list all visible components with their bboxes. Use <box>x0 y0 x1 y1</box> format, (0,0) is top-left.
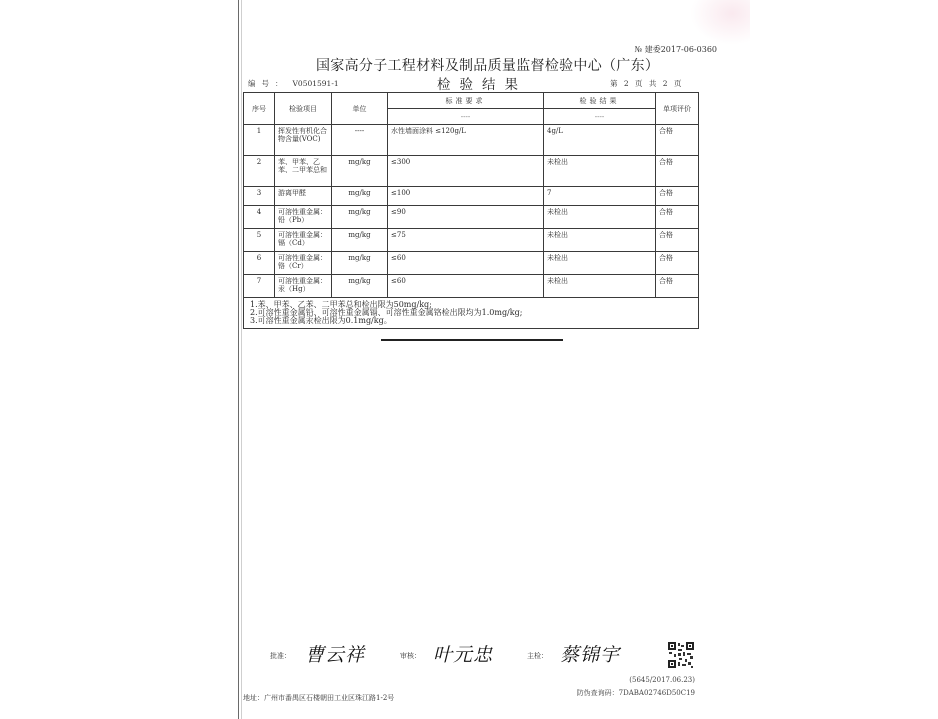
cell-item: 游离甲醛 <box>275 187 332 206</box>
cell-unit: mg/kg <box>332 206 388 229</box>
cell-unit: mg/kg <box>332 229 388 252</box>
cell-index: 6 <box>244 252 275 275</box>
approver-label: 批准： <box>270 651 291 661</box>
cell-standard: ≤100 <box>388 187 544 206</box>
cell-item: 可溶性重金属：汞（Hg） <box>275 275 332 298</box>
cell-index: 4 <box>244 206 275 229</box>
table-row: 6可溶性重金属：铬（Cr）mg/kg≤60未检出合格 <box>244 252 699 275</box>
cell-unit: mg/kg <box>332 187 388 206</box>
table-row: 5可溶性重金属：镉（Cd）mg/kg≤75未检出合格 <box>244 229 699 252</box>
cell-result: 未检出 <box>544 252 656 275</box>
cell-unit: mg/kg <box>332 252 388 275</box>
cell-result: 未检出 <box>544 229 656 252</box>
cell-rating: 合格 <box>656 229 699 252</box>
cell-result: 未检出 <box>544 275 656 298</box>
result-subheader: ---- <box>544 109 656 125</box>
table-row: 1挥发性有机化合物含量(VOC)----水性墙面涂料 ≤120g/L4g/L合格 <box>244 125 699 156</box>
col-unit: 单位 <box>332 93 388 125</box>
standard-subheader: ---- <box>388 109 544 125</box>
cell-standard: ≤90 <box>388 206 544 229</box>
cell-standard: ≤60 <box>388 275 544 298</box>
cell-item: 可溶性重金属：铅（Pb） <box>275 206 332 229</box>
page-count: 第 2 页 共 2 页 <box>610 78 683 89</box>
cell-index: 2 <box>244 156 275 187</box>
cell-result: 4g/L <box>544 125 656 156</box>
cell-item: 苯、甲苯、乙苯、二甲苯总和 <box>275 156 332 187</box>
cell-result: 7 <box>544 187 656 206</box>
table-row: 4可溶性重金属：铅（Pb）mg/kg≤90未检出合格 <box>244 206 699 229</box>
col-rating: 单项评价 <box>656 93 699 125</box>
col-index: 序号 <box>244 93 275 125</box>
cell-result: 未检出 <box>544 206 656 229</box>
anti-counterfeit-code: 防伪查询码：7DABA02746D50C19 <box>577 688 695 698</box>
col-item: 检验项目 <box>275 93 332 125</box>
col-standard: 标准要求 <box>388 93 544 109</box>
inspector-label: 主检： <box>527 651 548 661</box>
cell-rating: 合格 <box>656 125 699 156</box>
note-3: 3.可溶性重金属汞检出限为0.1mg/kg。 <box>250 317 692 325</box>
cell-rating: 合格 <box>656 252 699 275</box>
cell-rating: 合格 <box>656 275 699 298</box>
serial-value: V0501591-1 <box>293 79 339 88</box>
col-result: 检验结果 <box>544 93 656 109</box>
serial-number: 编号：V0501591-1 <box>248 78 339 89</box>
inspector-signature: 蔡锦宇 <box>560 640 620 667</box>
organization-title: 国家高分子工程材料及制品质量监督检验中心（广东） <box>316 55 659 75</box>
cell-item: 可溶性重金属：镉（Cd） <box>275 229 332 252</box>
reviewer-signature: 叶元忠 <box>433 640 493 667</box>
document-title: 检验结果 <box>437 73 527 93</box>
cell-index: 1 <box>244 125 275 156</box>
cell-rating: 合格 <box>656 187 699 206</box>
issue-code: (5645/2017.06.23) <box>629 676 695 684</box>
page-left-border-shadow <box>241 0 242 719</box>
cell-index: 7 <box>244 275 275 298</box>
cell-standard: ≤60 <box>388 252 544 275</box>
serial-label: 编号： <box>248 79 289 88</box>
address: 地址：广州市番禺区石楼朝田工业区珠江路1-2号 <box>243 693 394 703</box>
end-rule <box>381 339 563 341</box>
cell-result: 未检出 <box>544 156 656 187</box>
reviewer-label: 审核： <box>400 651 421 661</box>
cell-item: 可溶性重金属：铬（Cr） <box>275 252 332 275</box>
cell-index: 3 <box>244 187 275 206</box>
notes: 1.苯、甲苯、乙苯、二甲苯总和检出限为50mg/kg; 2.可溶性重金属铅、可溶… <box>244 298 699 329</box>
results-table: 序号 检验项目 单位 标准要求 检验结果 单项评价 ---- ---- 1挥发性… <box>243 92 699 329</box>
table-row: 3游离甲醛mg/kg≤1007合格 <box>244 187 699 206</box>
approver-signature: 曹云祥 <box>305 640 365 667</box>
table-row: 2苯、甲苯、乙苯、二甲苯总和mg/kg≤300未检出合格 <box>244 156 699 187</box>
scan-smudge <box>690 0 750 45</box>
cell-unit: mg/kg <box>332 156 388 187</box>
cell-standard: ≤300 <box>388 156 544 187</box>
cell-rating: 合格 <box>656 156 699 187</box>
qr-code-icon <box>668 642 694 668</box>
table-row: 7可溶性重金属：汞（Hg）mg/kg≤60未检出合格 <box>244 275 699 298</box>
cell-item: 挥发性有机化合物含量(VOC) <box>275 125 332 156</box>
report-number: № 建委2017-06-0360 <box>635 44 717 55</box>
page-left-border <box>238 0 239 719</box>
cell-standard: ≤75 <box>388 229 544 252</box>
cell-standard: 水性墙面涂料 ≤120g/L <box>388 125 544 156</box>
cell-unit: ---- <box>332 125 388 156</box>
cell-rating: 合格 <box>656 206 699 229</box>
cell-unit: mg/kg <box>332 275 388 298</box>
cell-index: 5 <box>244 229 275 252</box>
